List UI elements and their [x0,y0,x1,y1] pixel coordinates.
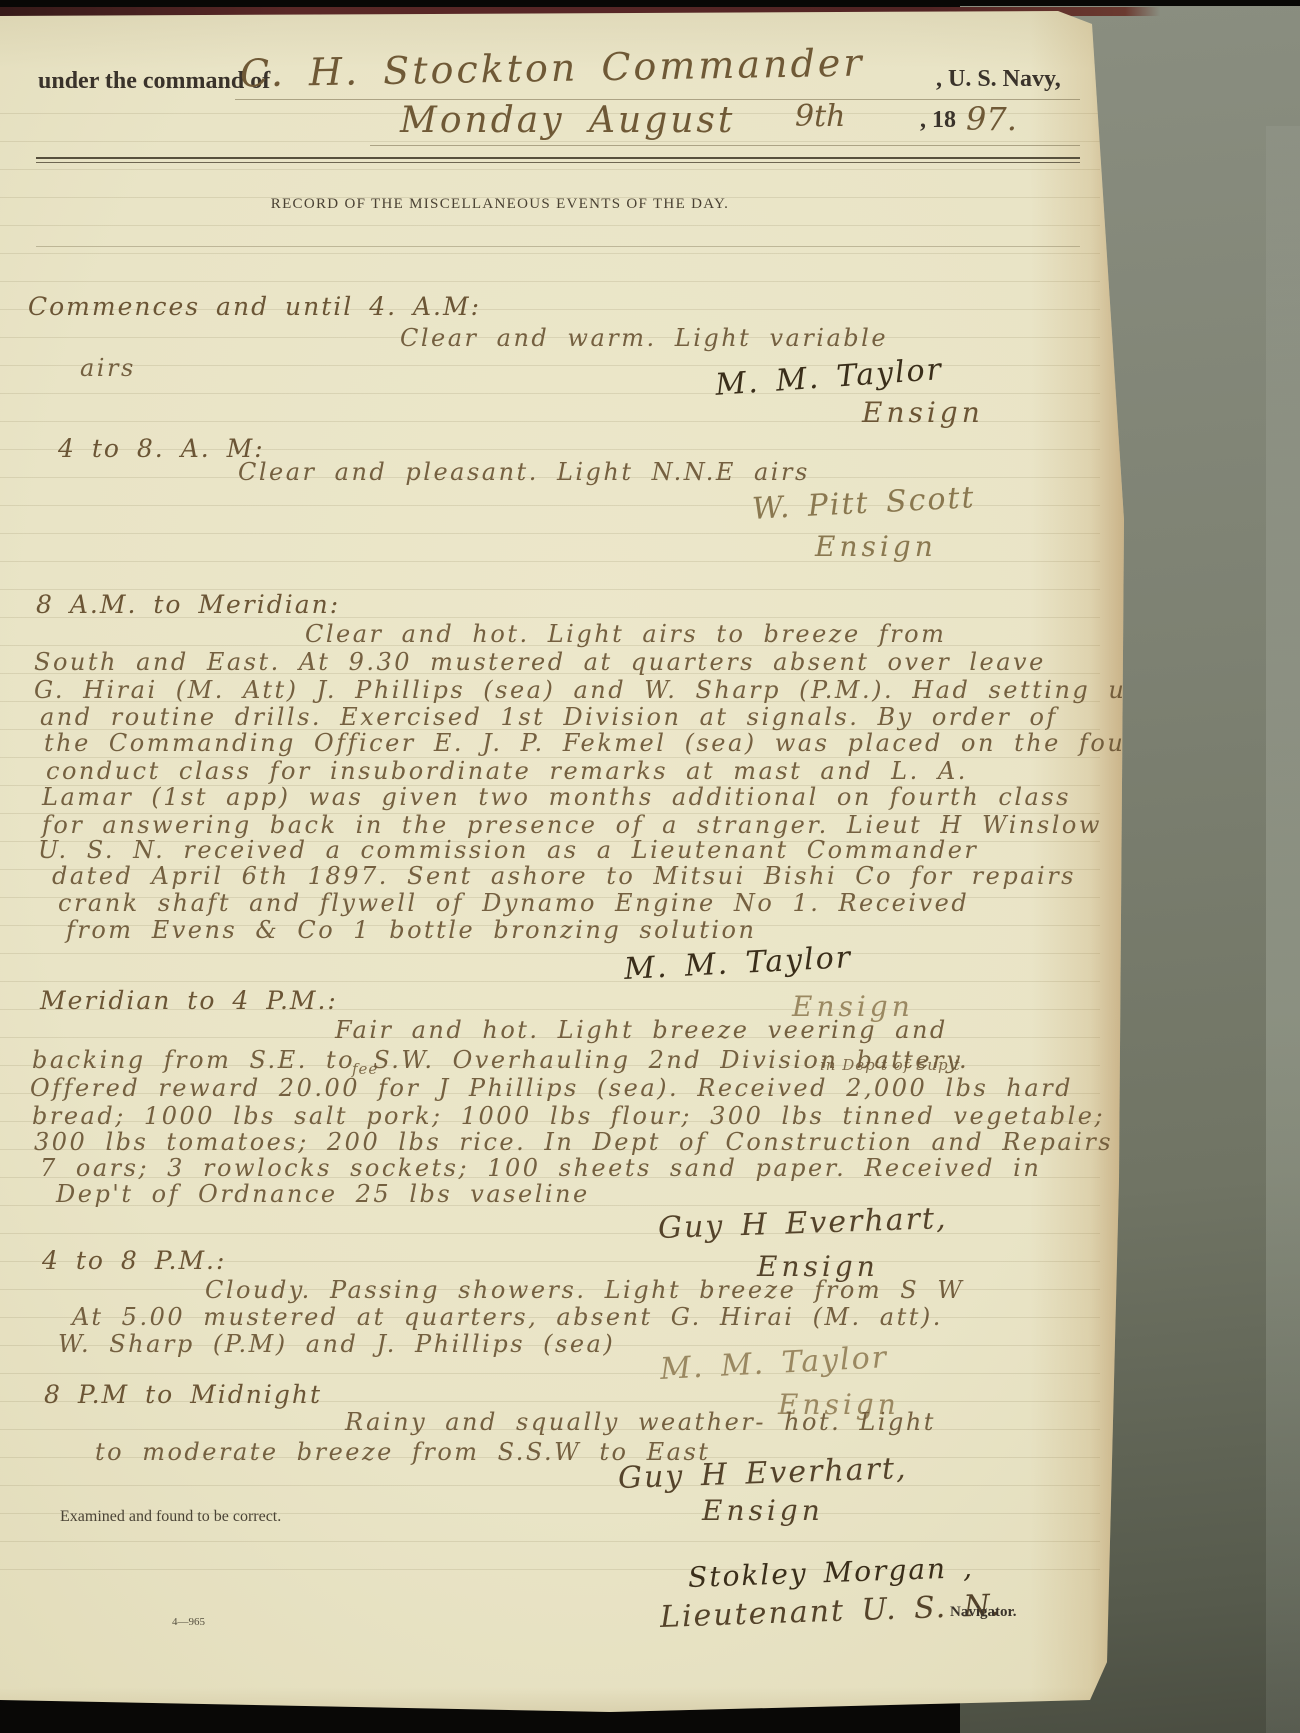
log-line: conduct class for insubordinate remarks … [46,757,968,785]
log-line: crank shaft and flywell of Dynamo Engine… [58,889,969,917]
watch-period: 8 P.M to Midnight [44,1380,322,1409]
printed-year-prefix: , 18 [920,107,956,134]
log-line: 7 oars; 3 rowlocks sockets; 100 sheets s… [40,1154,1041,1182]
logbook-page: under the command of C. H. Stockton Comm… [0,0,1300,1733]
examined-note: Examined and found to be correct. [60,1508,281,1526]
officer-rank: Ensign [815,530,937,563]
log-line: from Evens & Co 1 bottle bronzing soluti… [66,916,756,944]
log-line: G. Hirai (M. Att) J. Phillips (sea) and … [34,676,1144,704]
log-line: Fair and hot. Light breeze veering and [335,1016,948,1044]
log-line: At 5.00 mustered at quarters, absent G. … [72,1303,943,1331]
header-double-rule [36,157,1080,159]
watch-period: 4 to 8. A. M: [58,434,265,463]
printed-navy-suffix: , U. S. Navy, [936,66,1061,93]
header-fill-line-2 [370,145,1080,146]
printed-command-prefix: under the command of [38,68,270,95]
log-line: for answering back in the presence of a … [42,811,1102,839]
watch-period: 8 A.M. to Meridian: [36,590,340,619]
date-day-month: Monday August [400,100,735,141]
section-title-rule [36,246,1080,247]
section-title: RECORD OF THE MISCELLANEOUS EVENTS OF TH… [0,196,1000,213]
log-line: Cloudy. Passing showers. Light breeze fr… [205,1276,964,1304]
log-line: Clear and warm. Light variable [400,324,888,352]
header-double-rule-2 [36,162,1080,163]
scanned-logbook-photo: { "colors": { "paper": "#e9e4c6", "ink":… [0,0,1300,1733]
log-line: Rainy and squally weather- hot. Light [345,1408,936,1436]
form-number: 4—965 [172,1616,205,1628]
log-line: Clear and pleasant. Light N.N.E airs [238,458,810,486]
log-line: South and East. At 9.30 mustered at quar… [34,648,1046,676]
log-line: dated April 6th 1897. Sent ashore to Mit… [52,862,1076,890]
officer-rank: Ensign [702,1494,824,1527]
watch-period: Commences and until 4. A.M: [28,292,481,321]
watch-period: 4 to 8 P.M.: [42,1246,226,1275]
log-line: and routine drills. Exercised 1st Divisi… [40,703,1058,731]
log-line: Clear and hot. Light airs to breeze from [305,620,946,648]
printed-navigator-label: Navigator. [950,1604,1017,1621]
log-line: Dep't of Ordnance 25 lbs vaseline [56,1180,590,1208]
log-line: airs [80,354,136,382]
log-line: U. S. N. received a commission as a Lieu… [38,836,978,864]
watch-period: Meridian to 4 P.M.: [40,986,338,1015]
log-line: the Commanding Officer E. J. P. Fekmel (… [44,729,1169,757]
log-line: Offered reward 20.00 for J Phillips (sea… [30,1074,1073,1102]
officer-rank: Ensign [862,396,984,429]
log-line: 300 lbs tomatoes; 200 lbs rice. In Dept … [34,1128,1113,1156]
log-line: bread; 1000 lbs salt pork; 1000 lbs flou… [32,1102,1105,1130]
interlinear-insert: in Dep't of Sup't [820,1056,961,1074]
page-stack-edge [1266,126,1300,1733]
year-written: 97. [966,100,1017,138]
date-day: 9th [795,99,845,134]
log-line: W. Sharp (P.M) and J. Phillips (sea) [58,1330,615,1358]
log-line: Lamar (1st app) was given two months add… [42,783,1071,811]
